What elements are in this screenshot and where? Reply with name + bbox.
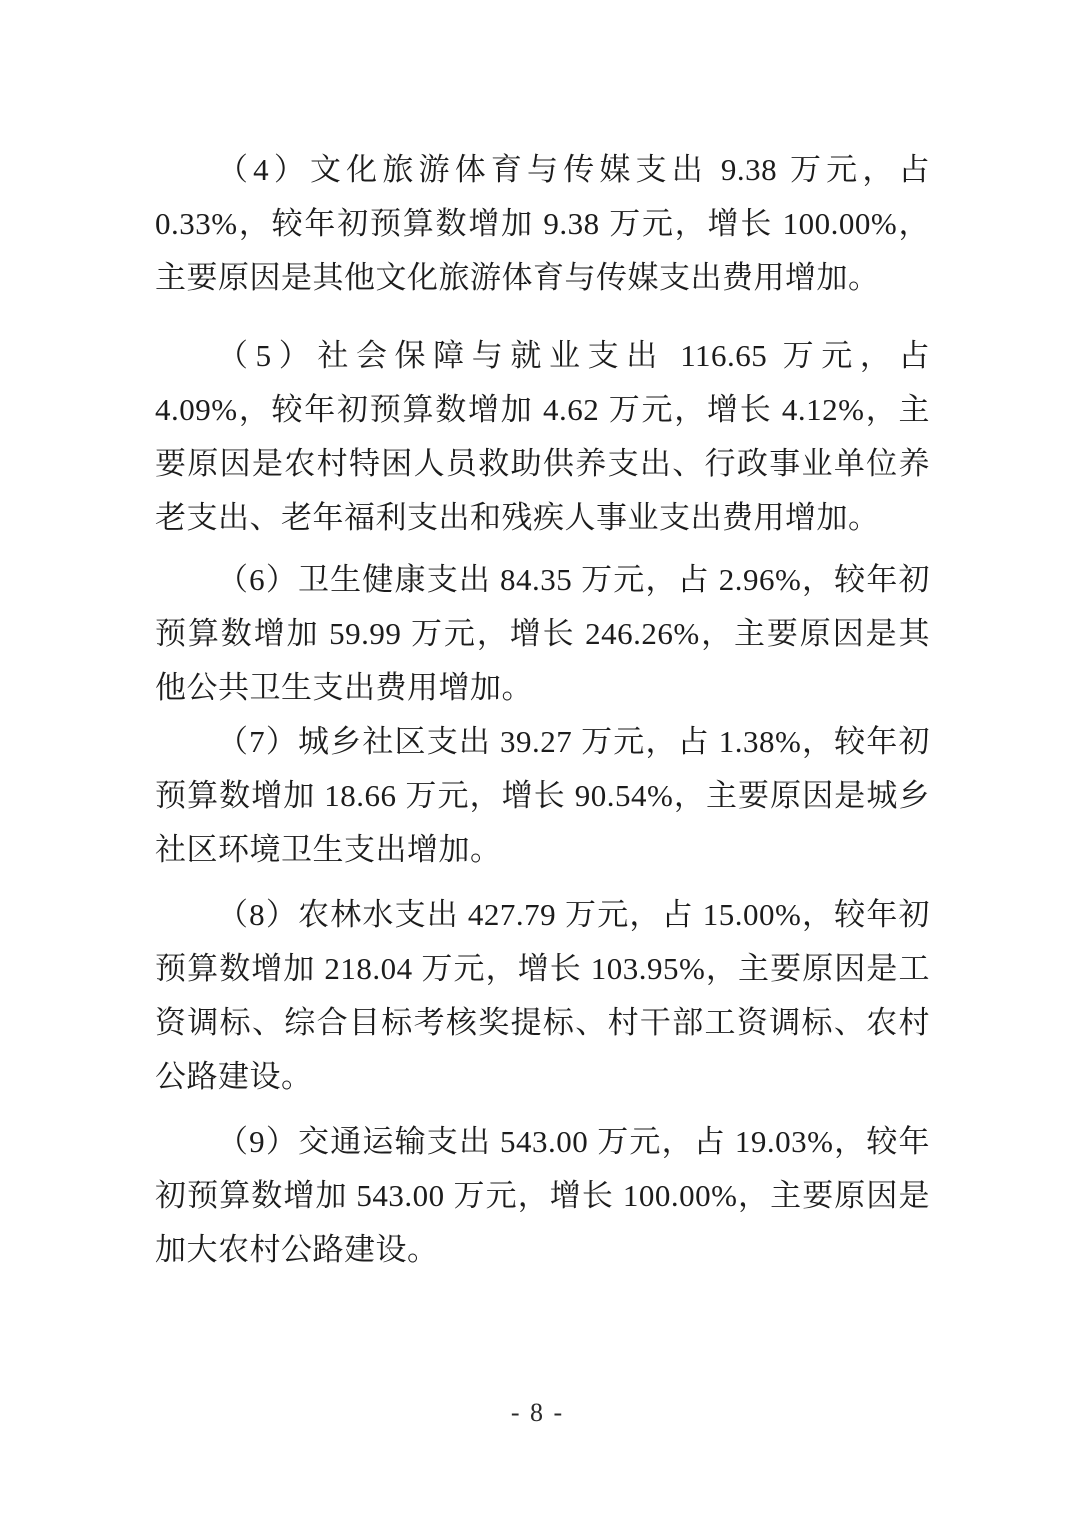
expenditure-paragraph-4: （4）文化旅游体育与传媒支出 9.38 万元，占 0.33%，较年初预算数增加 … <box>155 143 930 305</box>
document-page: （4）文化旅游体育与传媒支出 9.38 万元，占 0.33%，较年初预算数增加 … <box>0 0 1075 1520</box>
expenditure-paragraph-8: （8）农林水支出 427.79 万元，占 15.00%，较年初预算数增加 218… <box>155 888 930 1104</box>
expenditure-paragraph-9: （9）交通运输支出 543.00 万元，占 19.03%，较年初预算数增加 54… <box>155 1115 930 1277</box>
expenditure-paragraph-7: （7）城乡社区支出 39.27 万元，占 1.38%，较年初预算数增加 18.6… <box>155 715 930 877</box>
expenditure-paragraph-5: （5）社会保障与就业支出 116.65 万元，占 4.09%，较年初预算数增加 … <box>155 329 930 545</box>
expenditure-paragraph-6: （6）卫生健康支出 84.35 万元，占 2.96%，较年初预算数增加 59.9… <box>155 553 930 715</box>
page-number: - 8 - <box>0 1398 1075 1428</box>
